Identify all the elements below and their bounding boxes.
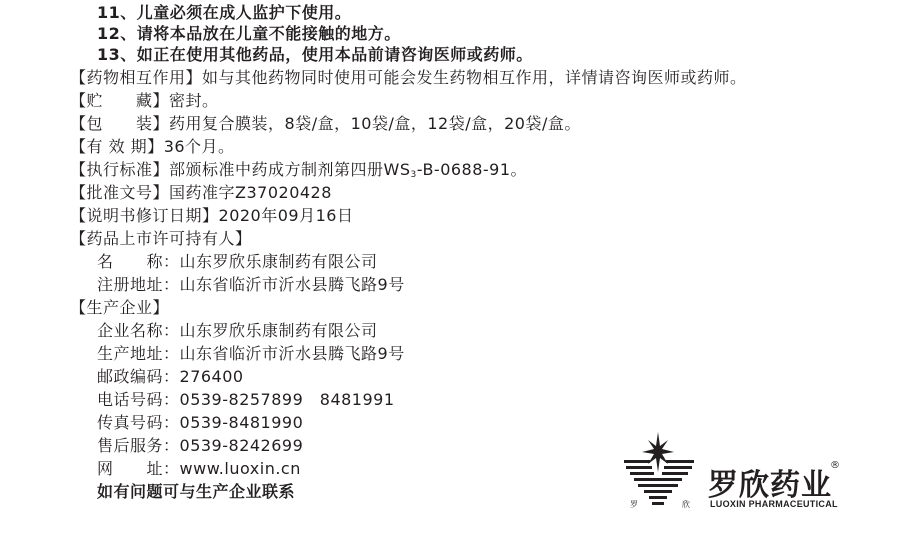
contact-note: 如有问题可与生产企业联系 <box>97 481 295 503</box>
validity-row: 【有 效 期】36个月。 <box>70 136 235 158</box>
interaction-row: 【药物相互作用】如与其他药物同时使用可能会发生药物相互作用，详情请咨询医师或药师… <box>70 67 747 89</box>
revision-value: 2020年09月16日 <box>219 206 354 225</box>
manufacturer-name-label: 企业名称： <box>97 321 180 340</box>
revision-row: 【说明书修订日期】2020年09月16日 <box>70 205 353 227</box>
holder-name-label: 名 称： <box>97 252 180 271</box>
validity-value: 36个月。 <box>164 137 235 156</box>
standard-label: 【执行标准】 <box>70 160 169 179</box>
storage-value: 密封。 <box>169 91 219 110</box>
logo-small-right: 欣 <box>682 499 690 510</box>
manufacturer-address: 山东省临沂市沂水县腾飞路9号 <box>180 344 405 363</box>
fax-row: 传真号码：0539-8481990 <box>97 412 303 434</box>
postcode-label: 邮政编码： <box>97 367 180 386</box>
storage-label: 【贮 藏】 <box>70 91 169 110</box>
approval-value: 国药准字Z37020428 <box>169 183 332 202</box>
validity-label: 【有 效 期】 <box>70 137 164 156</box>
manufacturer-name-row: 企业名称：山东罗欣乐康制药有限公司 <box>97 320 378 342</box>
phone-row: 电话号码：0539-8257899 8481991 <box>97 389 395 411</box>
holder-name-row: 名 称：山东罗欣乐康制药有限公司 <box>97 251 378 273</box>
standard-value-post: -B-0688-91。 <box>417 160 527 179</box>
postcode: 276400 <box>180 367 244 386</box>
company-logo: 罗 欣 罗欣药业 ® LUOXIN PHARMACEUTICAL <box>622 430 842 514</box>
manufacturer-name: 山东罗欣乐康制药有限公司 <box>180 321 378 340</box>
holder-address-label: 注册地址： <box>97 275 180 294</box>
standard-value-pre: 部颁标准中药成方制剂第四册WS <box>169 160 410 179</box>
registered-mark: ® <box>830 460 840 471</box>
storage-row: 【贮 藏】密封。 <box>70 90 219 112</box>
approval-label: 【批准文号】 <box>70 183 169 202</box>
service: 0539-8242699 <box>180 436 304 455</box>
precaution-11: 11、儿童必须在成人监护下使用。 <box>97 2 351 24</box>
fax: 0539-8481990 <box>180 413 304 432</box>
fax-label: 传真号码： <box>97 413 180 432</box>
package-label: 【包 装】 <box>70 114 169 133</box>
service-row: 售后服务：0539-8242699 <box>97 435 303 457</box>
phone: 0539-8257899 8481991 <box>180 390 395 409</box>
interaction-value: 如与其他药物同时使用可能会发生药物相互作用，详情请咨询医师或药师。 <box>202 68 747 87</box>
logo-small-left: 罗 <box>630 499 638 510</box>
package-row: 【包 装】药用复合膜装，8袋/盒，10袋/盒，12袋/盒，20袋/盒。 <box>70 113 581 135</box>
logo-en-name: LUOXIN PHARMACEUTICAL <box>710 499 838 509</box>
website: www.luoxin.cn <box>180 459 301 478</box>
precaution-12: 12、请将本品放在儿童不能接触的地方。 <box>97 23 401 45</box>
postcode-row: 邮政编码：276400 <box>97 366 244 388</box>
approval-row: 【批准文号】国药准字Z37020428 <box>70 182 332 204</box>
phone-label: 电话号码： <box>97 390 180 409</box>
manufacturer-heading: 【生产企业】 <box>70 297 169 319</box>
holder-heading: 【药品上市许可持有人】 <box>70 228 252 250</box>
holder-address: 山东省临沂市沂水县腾飞路9号 <box>180 275 405 294</box>
revision-label: 【说明书修订日期】 <box>70 206 219 225</box>
holder-name: 山东罗欣乐康制药有限公司 <box>180 252 378 271</box>
interaction-label: 【药物相互作用】 <box>70 68 202 87</box>
logo-cn-name: 罗欣药业 <box>708 460 832 504</box>
package-value: 药用复合膜装，8袋/盒，10袋/盒，12袋/盒，20袋/盒。 <box>169 114 581 133</box>
service-label: 售后服务： <box>97 436 180 455</box>
website-row: 网 址：www.luoxin.cn <box>97 458 301 480</box>
manufacturer-address-label: 生产地址： <box>97 344 180 363</box>
holder-address-row: 注册地址：山东省临沂市沂水县腾飞路9号 <box>97 274 405 296</box>
manufacturer-address-row: 生产地址：山东省临沂市沂水县腾飞路9号 <box>97 343 405 365</box>
website-label: 网 址： <box>97 459 180 478</box>
precaution-13: 13、如正在使用其他药品，使用本品前请咨询医师或药师。 <box>97 44 533 66</box>
